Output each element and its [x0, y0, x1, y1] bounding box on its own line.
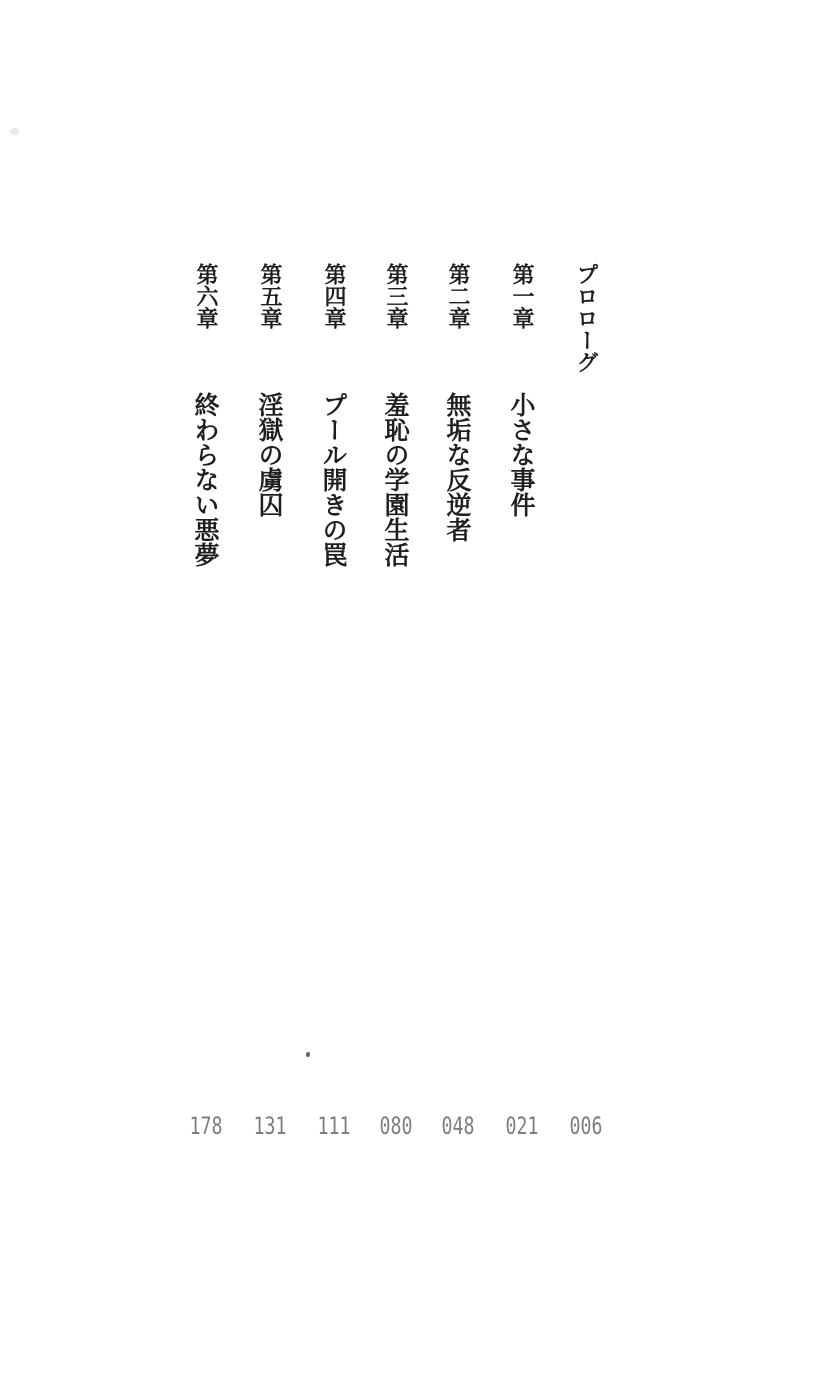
toc-entry-ch3-title: 羞恥の学園生活 [383, 392, 408, 567]
toc-entry-ch4-title: プール開きの罠 [321, 392, 346, 567]
toc-entry-ch6-header: 第六章 [195, 263, 217, 329]
toc-entry-ch5-header: 第五章 [259, 263, 281, 329]
page-number-ch2: 048 [434, 1112, 483, 1140]
toc-entry-ch1-header: 第一章 [511, 263, 533, 329]
toc-page: プロローグ 第一章 第二章 第三章 第四章 第五章 第六章 小さな事件 無垢な反… [0, 0, 834, 1400]
toc-entry-ch5-title: 淫獄の虜囚 [257, 392, 282, 517]
page-number-ch6: 178 [182, 1112, 231, 1140]
page-number-ch4: 111 [310, 1112, 359, 1140]
toc-entry-ch2-title: 無垢な反逆者 [445, 392, 470, 542]
page-number-ch3: 080 [372, 1112, 421, 1140]
page-number-prologue: 006 [562, 1112, 611, 1140]
toc-entry-prologue-header: プロローグ [575, 263, 597, 373]
page-number-ch1: 021 [498, 1112, 547, 1140]
page-number-ch5: 131 [246, 1112, 295, 1140]
scan-smudge [10, 128, 19, 135]
scan-speck [306, 1052, 310, 1057]
toc-entry-ch2-header: 第二章 [447, 263, 469, 329]
toc-entry-ch4-header: 第四章 [323, 263, 345, 329]
toc-entry-ch3-header: 第三章 [385, 263, 407, 329]
toc-entry-ch1-title: 小さな事件 [509, 392, 534, 517]
toc-entry-ch6-title: 終わらない悪夢 [193, 392, 218, 567]
